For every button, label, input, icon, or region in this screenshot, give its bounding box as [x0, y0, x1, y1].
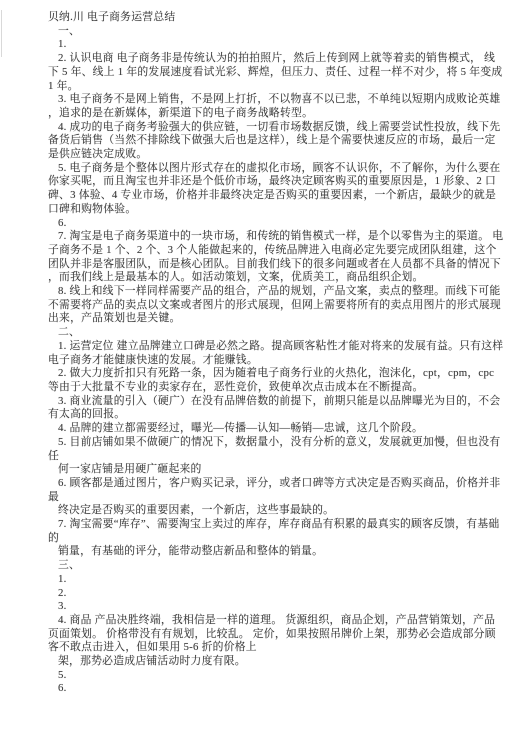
text-line: 6. 顾客都是通过图片，客户购买记录，评分，或者口碑等方式决定是否购买商品，价格…: [48, 477, 482, 491]
text-line: ，而我们线上是最基本的人。如活动策划，文案，优质美工，商品组织企划。: [48, 271, 482, 285]
text-line: ，追求的是在新媒体，新渠道下的电子商务战略转型。: [48, 107, 482, 121]
document-page: 贝纳.川 电子商务运营总结 一、1.2. 认识电商 电子商务非是传统认为的拍拍照…: [0, 0, 520, 735]
text-line: 3.: [48, 600, 482, 614]
text-line: 有太高的回报。: [48, 408, 482, 422]
text-line: 何一家店铺是用硬广砸起来的: [48, 463, 482, 477]
text-line: 二、: [48, 326, 482, 340]
text-line: 口碑和购物体验。: [48, 203, 482, 217]
text-line: 你家买呢，而且淘宝也并非还是个低价市场，最终决定顾客购买的重要原因是，1 形象、…: [48, 175, 482, 189]
text-line: 3. 电子商务不是网上销售，不是网上打折，不以物喜不以已悲，不单纯以短期内成败论…: [48, 93, 482, 107]
text-line: 5. 目前店铺如果不做硬广的情况下，数据量小，没有分析的意义，发展就更加慢，但也…: [48, 436, 482, 450]
text-line: 2. 做大力度折扣只有死路一条，因为随着电子商务行业的火热化，泡沫化，cpt，c…: [48, 367, 482, 381]
text-line: 出来，产品策划也是关键。: [48, 312, 482, 326]
text-line: 3. 商业流量的引入（硬广）在没有品牌倍数的前提下，前期只能是以品牌曝光为目的，…: [48, 395, 482, 409]
text-line: 4. 成功的电子商务考验强大的供应链，一切看市场数据反馈，线上需要尝试性投放，线…: [48, 121, 482, 135]
text-line: 页面策划。 价格带没有有规划，比较乱。 定价，如果按照吊牌价上架，那势必会造成部…: [48, 628, 482, 642]
text-line: 1. 运营定位 建立品牌建立口碑是必然之路。提高顾客粘性才能对将来的发展有益。只…: [48, 340, 482, 354]
text-line: 架，那势必造成店铺活动时力度有限。: [48, 655, 482, 669]
text-line: 任: [48, 450, 482, 464]
text-line: 5.: [48, 669, 482, 683]
text-line: 销量，有基础的评分，能带动整店新品和整体的销量。: [48, 545, 482, 559]
document-content: 贝纳.川 电子商务运营总结 一、1.2. 认识电商 电子商务非是传统认为的拍拍照…: [48, 11, 482, 696]
text-line: 1.: [48, 573, 482, 587]
text-line: 的: [48, 532, 482, 546]
text-line: 7. 淘宝需要“库存”、需要淘宝上卖过的库存，库存商品有积累的最真实的顾客反馈，…: [48, 518, 482, 532]
text-line: 下 5 年、线上 1 年的发展速度看试光彩、辉煌，但压力、责任、过程一样不对少，…: [48, 66, 482, 80]
text-line: 备货后销售（当然不排除线下做强大后也是这样），线上是个需要快速反应的市场，最后一…: [48, 134, 482, 148]
text-line: 6.: [48, 682, 482, 696]
text-line: 不需要将产品的卖点以文案或者图片的形式展现，但网上需要将所有的卖点用图片的形式展…: [48, 299, 482, 313]
text-line: 2.: [48, 587, 482, 601]
text-line: 最: [48, 491, 482, 505]
text-line: 一、: [48, 25, 482, 39]
text-line: 6.: [48, 217, 482, 231]
text-line: 是供应链决定成败。: [48, 148, 482, 162]
text-line: 等由于大批量不专业的卖家存在，恶性竞价，致使单次点击成本在不断提高。: [48, 381, 482, 395]
document-title: 贝纳.川 电子商务运营总结: [48, 11, 482, 25]
document-body: 一、1.2. 认识电商 电子商务非是传统认为的拍拍照片，然后上传到网上就等着卖的…: [48, 25, 482, 696]
text-line: 三、: [48, 559, 482, 573]
text-line: 1 年。: [48, 80, 482, 94]
text-line: 4. 商品 产品决胜终端，我相信是一样的道理。 货源组织，商品企划，产品营销策划…: [48, 614, 482, 628]
text-line: 4. 品牌的建立都需要经过，曝光—传播—认知—畅销—忠诚，这几个阶段。: [48, 422, 482, 436]
text-line: 8. 线上和线下一样同样需要产品的组合，产品的规划，产品文案，卖点的整理。而线下…: [48, 285, 482, 299]
text-line: 团队并非是客服团队，而是核心团队。目前我们线下的很多问题或者在人员都不具备的情况…: [48, 258, 482, 272]
text-line: 5. 电子商务是个整体以图片形式存在的虚拟化市场，顾客不认识你，不了解你，为什么…: [48, 162, 482, 176]
text-line: 电子商务才能健康快速的发展。才能赚钱。: [48, 354, 482, 368]
text-line: 终决定是否购买的重要因素，一个新店，这些事最缺的。: [48, 504, 482, 518]
text-line: 碑、3 体验、4 专业市场，价格并非最终决定是否购买的重要因素，一个新店，最缺少…: [48, 189, 482, 203]
text-line: 1.: [48, 38, 482, 52]
scan-edge-artifact: [1, 10, 2, 57]
text-line: 子商务不是 1 个、2 个、3 个人能做起来的，传统品牌进入电商必定先要完成团队…: [48, 244, 482, 258]
text-line: 客不敢点击进入，但如果用 5-6 折的价格上: [48, 641, 482, 655]
text-line: 7. 淘宝是电子商务渠道中的一块市场，和传统的销售模式一样，是个以零售为主的渠道…: [48, 230, 482, 244]
text-line: 2. 认识电商 电子商务非是传统认为的拍拍照片，然后上传到网上就等着卖的销售模式…: [48, 52, 482, 66]
